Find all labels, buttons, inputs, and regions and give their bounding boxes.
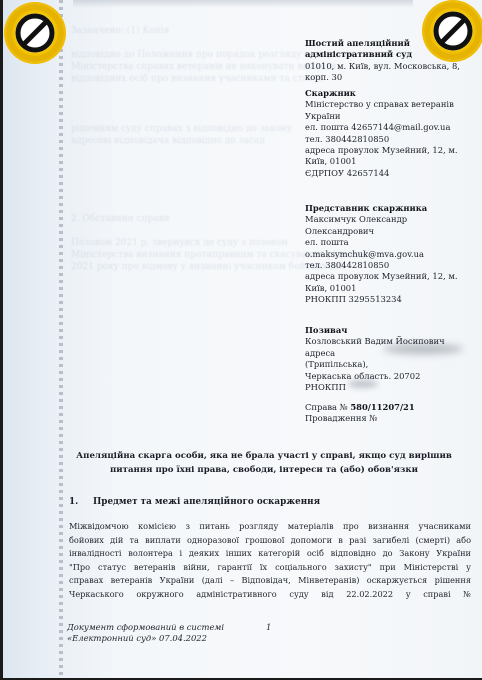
representative-name: Максимчук Олександр: [305, 214, 481, 225]
plaintiff-address-label: адреса: [305, 348, 481, 359]
representative-address: адреса провулок Музейний, 12, м.: [305, 271, 481, 282]
plaintiff-name: Козловський Вадим Йосипович: [305, 336, 481, 347]
plaintiff-address: Черкаська область. 20702: [305, 371, 481, 382]
paragraph-line: інвалідності волонтера і деяких інших ка…: [69, 547, 471, 561]
bleed-text: Міністерства справах ветеранів не викону…: [71, 62, 337, 73]
court-address: корп. 30: [305, 72, 481, 83]
case-label: Справа №: [305, 402, 348, 412]
footer-line: Документ сформований в системі: [67, 622, 224, 633]
scan-shadow: [73, 0, 413, 8]
court-address: 01010, м. Київ, вул. Московська, 8,: [305, 61, 481, 72]
plaintiff-address: (Трипільська),: [305, 359, 481, 370]
representative-email: o.maksymchuk@mva.gov.ua: [305, 249, 481, 260]
document-page: Зазначено: (1) Копія відповідно до Полож…: [3, 0, 482, 678]
paragraph-line: "Про статус ветеранів війни, гарантії їх…: [69, 561, 471, 575]
representative-heading: Представник скаржника: [305, 203, 481, 214]
representative-block: Представник скаржника Максимчук Олександ…: [305, 203, 481, 306]
representative-email-label: ел. пошта: [305, 237, 481, 248]
paragraph-line: Міжвідомчою комісією з питань розгляду м…: [69, 520, 471, 534]
section-heading: 1.Предмет та межі апеляційного оскарженн…: [69, 497, 320, 507]
plaintiff-rnokpp: РНОКПП: [305, 382, 481, 393]
representative-address: Київ, 01001: [305, 283, 481, 294]
bleed-text: 2. Обставини справи: [71, 214, 170, 225]
no-entry-seal-icon: [424, 2, 482, 60]
representative-rnokpp: РНОКПП 3295513234: [305, 294, 481, 305]
case-number-line: Справа № 580/11207/21: [305, 402, 481, 413]
section-title: Предмет та межі апеляційного оскарження: [93, 497, 320, 507]
representative-name: Олександрович: [305, 226, 481, 237]
case-block: Справа № 580/11207/21 Провадження №: [305, 402, 481, 425]
bleed-text: відповідних осіб про визнання учасниками…: [71, 74, 323, 85]
title-line: Апеляційна скарга особи, яка не брала уч…: [43, 449, 482, 463]
document-title: Апеляційна скарга особи, яка не брала уч…: [43, 449, 482, 477]
section-number: 1.: [69, 497, 93, 507]
bleed-text: Позовом 2021 р. звернувся до суду з позо…: [71, 238, 288, 249]
bleed-text: адресою відповідача відповідно до засад: [71, 136, 265, 147]
complainant-phone: тел. 380442810850: [305, 134, 481, 145]
bleed-text: 2021 року про відмову у визнанні учасник…: [71, 262, 344, 273]
footer-line: «Електронний суд» 07.04.2022: [67, 633, 224, 644]
footer-note: Документ сформований в системі «Електрон…: [67, 622, 224, 644]
paragraph-line: бойових дій та виплати одноразової грошо…: [69, 534, 471, 548]
complainant-edrpou: ЄДРПОУ 42657144: [305, 168, 481, 179]
complainant-address: адреса провулок Музейний, 12, м.: [305, 145, 481, 156]
representative-phone: тел. 380442810850: [305, 260, 481, 271]
case-number: 580/11207/21: [350, 402, 414, 412]
page-number: 1: [266, 622, 271, 632]
complainant-block: Скаржник Міністерство у справах ветерані…: [305, 88, 481, 179]
plaintiff-block: Позивач Козловський Вадим Йосипович адре…: [305, 325, 481, 393]
no-entry-seal-icon: [6, 4, 64, 62]
bleed-text: рішенням суду справах з відповідно до за…: [71, 124, 292, 135]
complainant-line: Міністерство у справах ветеранів: [305, 99, 481, 110]
paragraph-line: справах ветеранів України (далі – Відпов…: [69, 574, 471, 588]
complainant-email: ел. пошта 42657144@mail.gov.ua: [305, 122, 481, 133]
complainant-address: Київ, 01001: [305, 156, 481, 167]
binding-edge: [59, 0, 63, 678]
section-paragraph: Міжвідомчою комісією з питань розгляду м…: [69, 520, 471, 602]
plaintiff-heading: Позивач: [305, 325, 481, 336]
complainant-heading: Скаржник: [305, 88, 481, 99]
title-line: питання про їхні права, свободи, інтерес…: [43, 463, 482, 477]
complainant-line: України: [305, 111, 481, 122]
paragraph-line: Черкаського окружного адміністративного …: [69, 588, 471, 602]
proceeding-label: Провадження №: [305, 413, 481, 424]
bleed-text: Зазначено: (1) Копія: [71, 26, 169, 37]
